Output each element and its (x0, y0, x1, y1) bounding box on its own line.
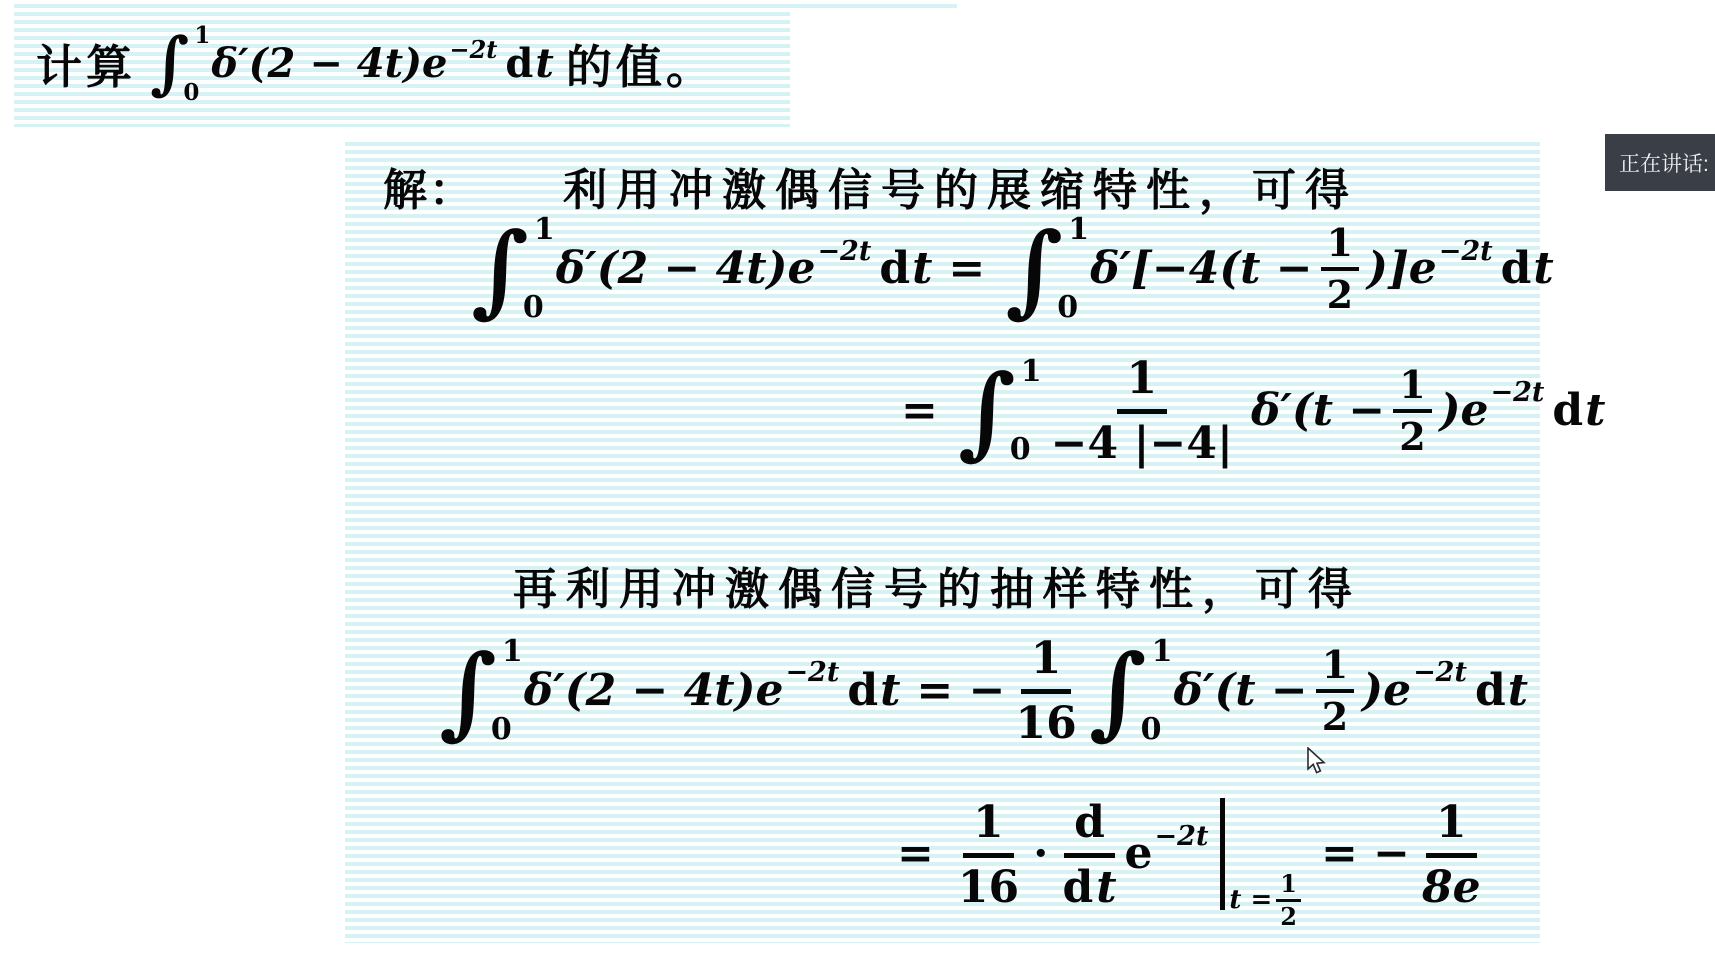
exponent: −2t (817, 238, 871, 265)
integral-lower-limit: 0 (1141, 715, 1162, 745)
math-token: d (1062, 866, 1093, 910)
math-token: δ′(t − (1174, 669, 1308, 713)
fraction-numerator: 1 (1426, 799, 1477, 858)
integral-sign: ∫ 1 0 (958, 357, 1039, 465)
math-token: δ′(2 − 4t)e (556, 247, 816, 291)
integral-upper-limit: 1 (502, 637, 523, 667)
fraction-one-half: 1 2 (1393, 366, 1431, 456)
equals-sign: = (897, 832, 934, 876)
math-token: t (912, 247, 932, 291)
equation-2: = ∫ 1 0 1 −4 |−4| δ′(t − 1 2 )e −2t d t (885, 355, 1606, 466)
fraction-numerator: 1 (1276, 872, 1301, 902)
fraction-denominator: −4 |−4| (1051, 414, 1233, 466)
step1-text: 利用冲激偶信号的展缩特性，可得 (563, 166, 1358, 215)
math-token: d (879, 247, 910, 291)
math-token: )]e (1367, 247, 1437, 291)
fraction-denominator: 16 (958, 858, 1019, 910)
integral-sign: ∫ 1 0 (439, 637, 520, 745)
fraction-numerator: 1 (1021, 635, 1072, 694)
integral-upper-limit: 1 (1021, 357, 1042, 387)
equals-minus-sign: = − (1321, 832, 1410, 876)
integral-upper-limit: 1 (534, 215, 555, 245)
fraction-scaling-coefficient: 1 −4 |−4| (1051, 355, 1233, 466)
math-token: δ′(t − (1251, 389, 1385, 433)
title-text-post: 的值。 (566, 31, 716, 97)
math-token: δ′(2 − 4t)e (524, 669, 784, 713)
integral-limits: 1 0 (191, 24, 207, 104)
integral-limits: 1 0 (1149, 637, 1170, 745)
math-token: d (1501, 247, 1532, 291)
math-token: t (1533, 247, 1553, 291)
integral-icon: ∫ (439, 651, 497, 731)
exponent: −2t (785, 659, 839, 686)
fraction-numerator: 1 (1393, 366, 1431, 413)
math-token: d (1475, 669, 1506, 713)
fraction-one-half: 1 2 (1316, 646, 1354, 736)
step2-line: 再利用冲激偶信号的抽样特性，可得 (513, 553, 1361, 617)
integral-limits: 1 0 (1065, 215, 1086, 323)
equation-4: = 1 16 · d dt e −2t t = 1 2 = − 1 8e (881, 798, 1489, 910)
integral-limits: 1 0 (1018, 357, 1039, 465)
math-token: t (880, 669, 900, 713)
fraction-result: 1 8e (1422, 799, 1481, 910)
fraction-denominator: 2 (1327, 271, 1353, 314)
exponent: −2t (1491, 379, 1545, 406)
fraction-numerator: d (1064, 799, 1115, 858)
fraction-numerator: 1 (963, 799, 1014, 858)
multiplication-dot: · (1033, 832, 1048, 876)
math-token: d (847, 669, 878, 713)
math-token: t (1508, 669, 1528, 713)
exponent: −2t (1155, 823, 1209, 850)
integral-sign: ∫ 1 0 (1005, 215, 1086, 323)
integral-upper-limit: 1 (1068, 215, 1089, 245)
step2-text: 再利用冲激偶信号的抽样特性，可得 (513, 565, 1361, 614)
fraction-denominator: 16 (1015, 694, 1076, 746)
speaking-indicator-label: 正在讲话: 1 (1619, 148, 1715, 178)
integral-sign: ∫ 1 0 (1089, 637, 1170, 745)
fraction-denominator: 8e (1422, 858, 1481, 910)
integral-limits: 1 0 (531, 215, 552, 323)
title-integral: ∫ 1 0 (150, 24, 207, 104)
math-token: δ′[−4(t − (1090, 247, 1313, 291)
fraction-denominator: 2 (1280, 902, 1297, 929)
exponent: −2t (1413, 659, 1467, 686)
fraction-numerator: 1 (1117, 355, 1168, 414)
integral-upper-limit: 1 (194, 24, 210, 47)
math-token: e (1125, 832, 1153, 876)
title-math-body: δ′(2 − 4t)e (211, 40, 447, 87)
fraction-one-sixteenth: 1 16 (1015, 635, 1076, 746)
evaluation-bar (1220, 798, 1225, 910)
integral-lower-limit: 0 (183, 81, 199, 104)
integral-icon: ∫ (1089, 651, 1147, 731)
title-text-pre: 计算 (36, 31, 136, 97)
title-d: d (505, 40, 533, 87)
math-token: d (1552, 389, 1583, 433)
integral-icon: ∫ (958, 371, 1016, 451)
equation-1: ∫ 1 0 δ′(2 − 4t)e −2t d t = ∫ 1 0 δ′[−4(… (467, 215, 1554, 323)
fraction-one-sixteenth: 1 16 (958, 799, 1019, 910)
exponent: −2t (1439, 238, 1493, 265)
integral-lower-limit: 0 (491, 715, 512, 745)
speaking-indicator-badge: 正在讲话: 1 (1605, 134, 1715, 191)
fraction-denominator: 2 (1322, 693, 1348, 736)
mouse-cursor-icon (1306, 747, 1330, 779)
equals-sign: = (948, 247, 985, 291)
integral-lower-limit: 0 (1010, 435, 1031, 465)
evaluation-bar-group: t = 1 2 (1220, 798, 1305, 910)
integral-limits: 1 0 (499, 637, 520, 745)
fraction-denominator: 2 (1399, 413, 1425, 456)
math-token: )e (1362, 669, 1411, 713)
integral-sign: ∫ 1 0 (471, 215, 552, 323)
integral-lower-limit: 0 (1057, 293, 1078, 323)
solution-line: 解：利用冲激偶信号的展缩特性，可得 (383, 154, 1358, 218)
problem-title-block: 计算 ∫ 1 0 δ′(2 − 4t)e −2t d t 的值。 (14, 0, 790, 127)
fraction-one-half: 1 2 (1321, 224, 1359, 314)
math-token: t (1585, 389, 1605, 433)
equals-sign: = (901, 389, 938, 433)
title-exponent: −2t (449, 35, 497, 64)
integral-icon: ∫ (1005, 229, 1063, 309)
math-token: t (1096, 866, 1116, 910)
integral-lower-limit: 0 (523, 293, 544, 323)
integral-icon: ∫ (471, 229, 529, 309)
screen: { "meta": { "colors": { "stripe_cyan": "… (0, 0, 1715, 969)
equation-3: ∫ 1 0 δ′(2 − 4t)e −2t d t = − 1 16 ∫ 1 0… (435, 635, 1528, 746)
math-token: )e (1440, 389, 1489, 433)
title-t: t (535, 40, 553, 87)
fraction-numerator: 1 (1316, 646, 1354, 693)
fraction-one-half: 1 2 (1276, 872, 1301, 929)
derivative-operator: d dt (1062, 799, 1116, 910)
math-token: t = (1229, 887, 1272, 913)
equals-minus-sign: = − (916, 669, 1005, 713)
solution-label: 解： (383, 166, 475, 215)
slide-area: 解：利用冲激偶信号的展缩特性，可得 ∫ 1 0 δ′(2 − 4t)e −2t … (345, 138, 1540, 943)
evaluation-subscript: t = 1 2 (1229, 872, 1305, 929)
fraction-denominator: dt (1062, 858, 1116, 910)
fraction-numerator: 1 (1321, 224, 1359, 271)
integral-upper-limit: 1 (1152, 637, 1173, 667)
